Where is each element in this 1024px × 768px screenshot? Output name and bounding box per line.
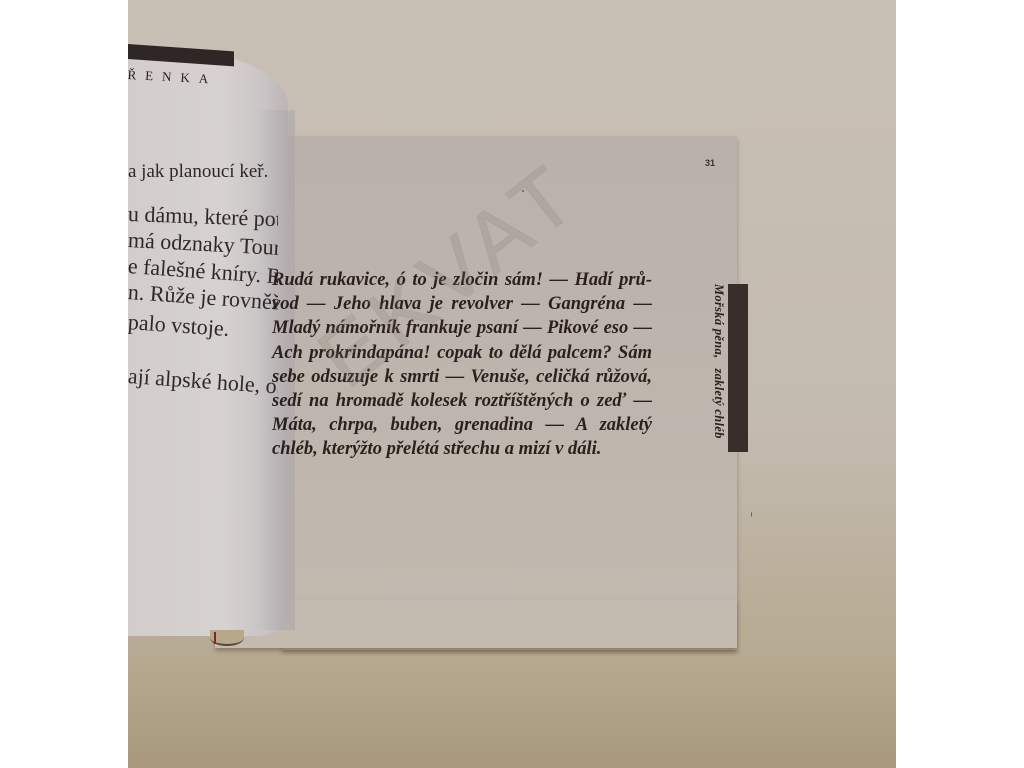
poem-line: Mladý námořník frankuje psaní — Pikové e… xyxy=(272,316,652,340)
left-line: ají alpské hole, ob xyxy=(128,362,278,401)
side-title-part1: Mořská pěna, xyxy=(712,284,726,358)
poem-line: chléb, kterýžto přelétá střechu a mizí v… xyxy=(272,437,652,461)
paper-speck xyxy=(751,512,752,517)
paper-speck xyxy=(522,190,524,192)
page-number: 31 xyxy=(705,158,715,168)
side-title-bar xyxy=(728,284,748,452)
left-line: a jak planoucí keř. xyxy=(128,158,278,186)
poem-line: sedí na hromadě kolesek roztříštěných o … xyxy=(272,389,652,413)
poem-line: vod — Jeho hlava je revolver — Gangréna … xyxy=(272,292,652,316)
left-page-text-clip: a jak planoucí keř. u dámu, které potají… xyxy=(128,150,278,450)
poem-line: Rudá rukavice, ó to je zločin sám! — Had… xyxy=(272,268,652,292)
side-title: Mořská pěna,zakletý chléb xyxy=(711,284,726,439)
left-page-text: a jak planoucí keř. u dámu, které potají… xyxy=(128,158,278,354)
poem-line: Ach prokrindapána! copak to dělá palcem?… xyxy=(272,341,652,365)
poem-text: Rudá rukavice, ó to je zločin sám! — Had… xyxy=(272,268,652,462)
poem-line: Máta, chrpa, buben, grenadina — A zaklet… xyxy=(272,413,652,437)
page-curl-mark xyxy=(214,632,216,644)
side-title-part2: zakletý chléb xyxy=(712,368,726,438)
poem-line: sebe odsuzuje k smrti — Venuše, celičká … xyxy=(272,365,652,389)
